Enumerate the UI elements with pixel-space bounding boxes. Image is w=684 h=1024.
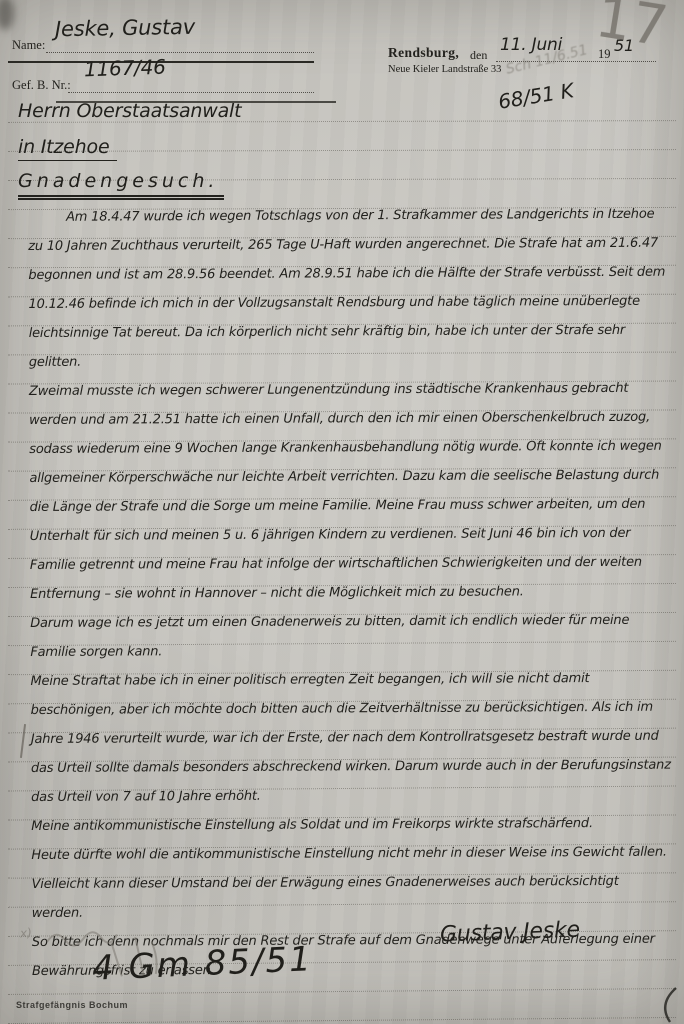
prisoner-name: Jeske, Gustav — [55, 15, 195, 41]
pencil-margin-mark — [20, 724, 26, 758]
name-field-line — [46, 52, 314, 53]
letter-paragraph: Heute dürfte wohl die antikommunistische… — [31, 838, 673, 870]
document-page: Name: Jeske, Gustav Gef. B. Nr.: 1167/46… — [0, 0, 684, 1024]
number-field-line — [68, 92, 314, 93]
signature: Gustav Jeske — [440, 918, 581, 948]
letter-paragraph: Zweimal musste ich wegen schwerer Lungen… — [29, 374, 672, 609]
prison-stamp: Strafgefängnis Bochum — [16, 1000, 128, 1010]
scan-smudge — [0, 0, 14, 30]
name-label: Name: — [12, 38, 45, 53]
prisoner-number: 1167/46 — [84, 55, 166, 82]
recipient-line1: Herrn Oberstaatsanwalt — [18, 100, 241, 122]
letter-body: Am 18.4.47 wurde ich wegen Totschlags vo… — [28, 200, 674, 986]
letter-paragraph: Meine antikommunistische Einstellung als… — [31, 809, 673, 841]
letter-paragraph: Meine Straftat habe ich in einer politis… — [30, 664, 673, 812]
subject-title: Gnadengesuch. — [18, 170, 224, 200]
place-label: Rendsburg, — [388, 45, 459, 61]
recipient-line2: in Itzehoe — [18, 136, 117, 161]
prisoner-number-label: Gef. B. Nr.: — [12, 78, 71, 93]
pen-corner-stroke — [656, 986, 682, 1024]
institution-address: Neue Kieler Landstraße 33 — [388, 64, 501, 75]
pencil-x-note: x) — [19, 926, 32, 941]
reference-number: 68/51 K — [497, 78, 576, 114]
letter-paragraph: Darum wage ich es jetzt um einen Gnadene… — [30, 606, 672, 667]
date-preposition: den — [470, 48, 487, 63]
letter-paragraph: Am 18.4.47 wurde ich wegen Totschlags vo… — [28, 200, 671, 377]
